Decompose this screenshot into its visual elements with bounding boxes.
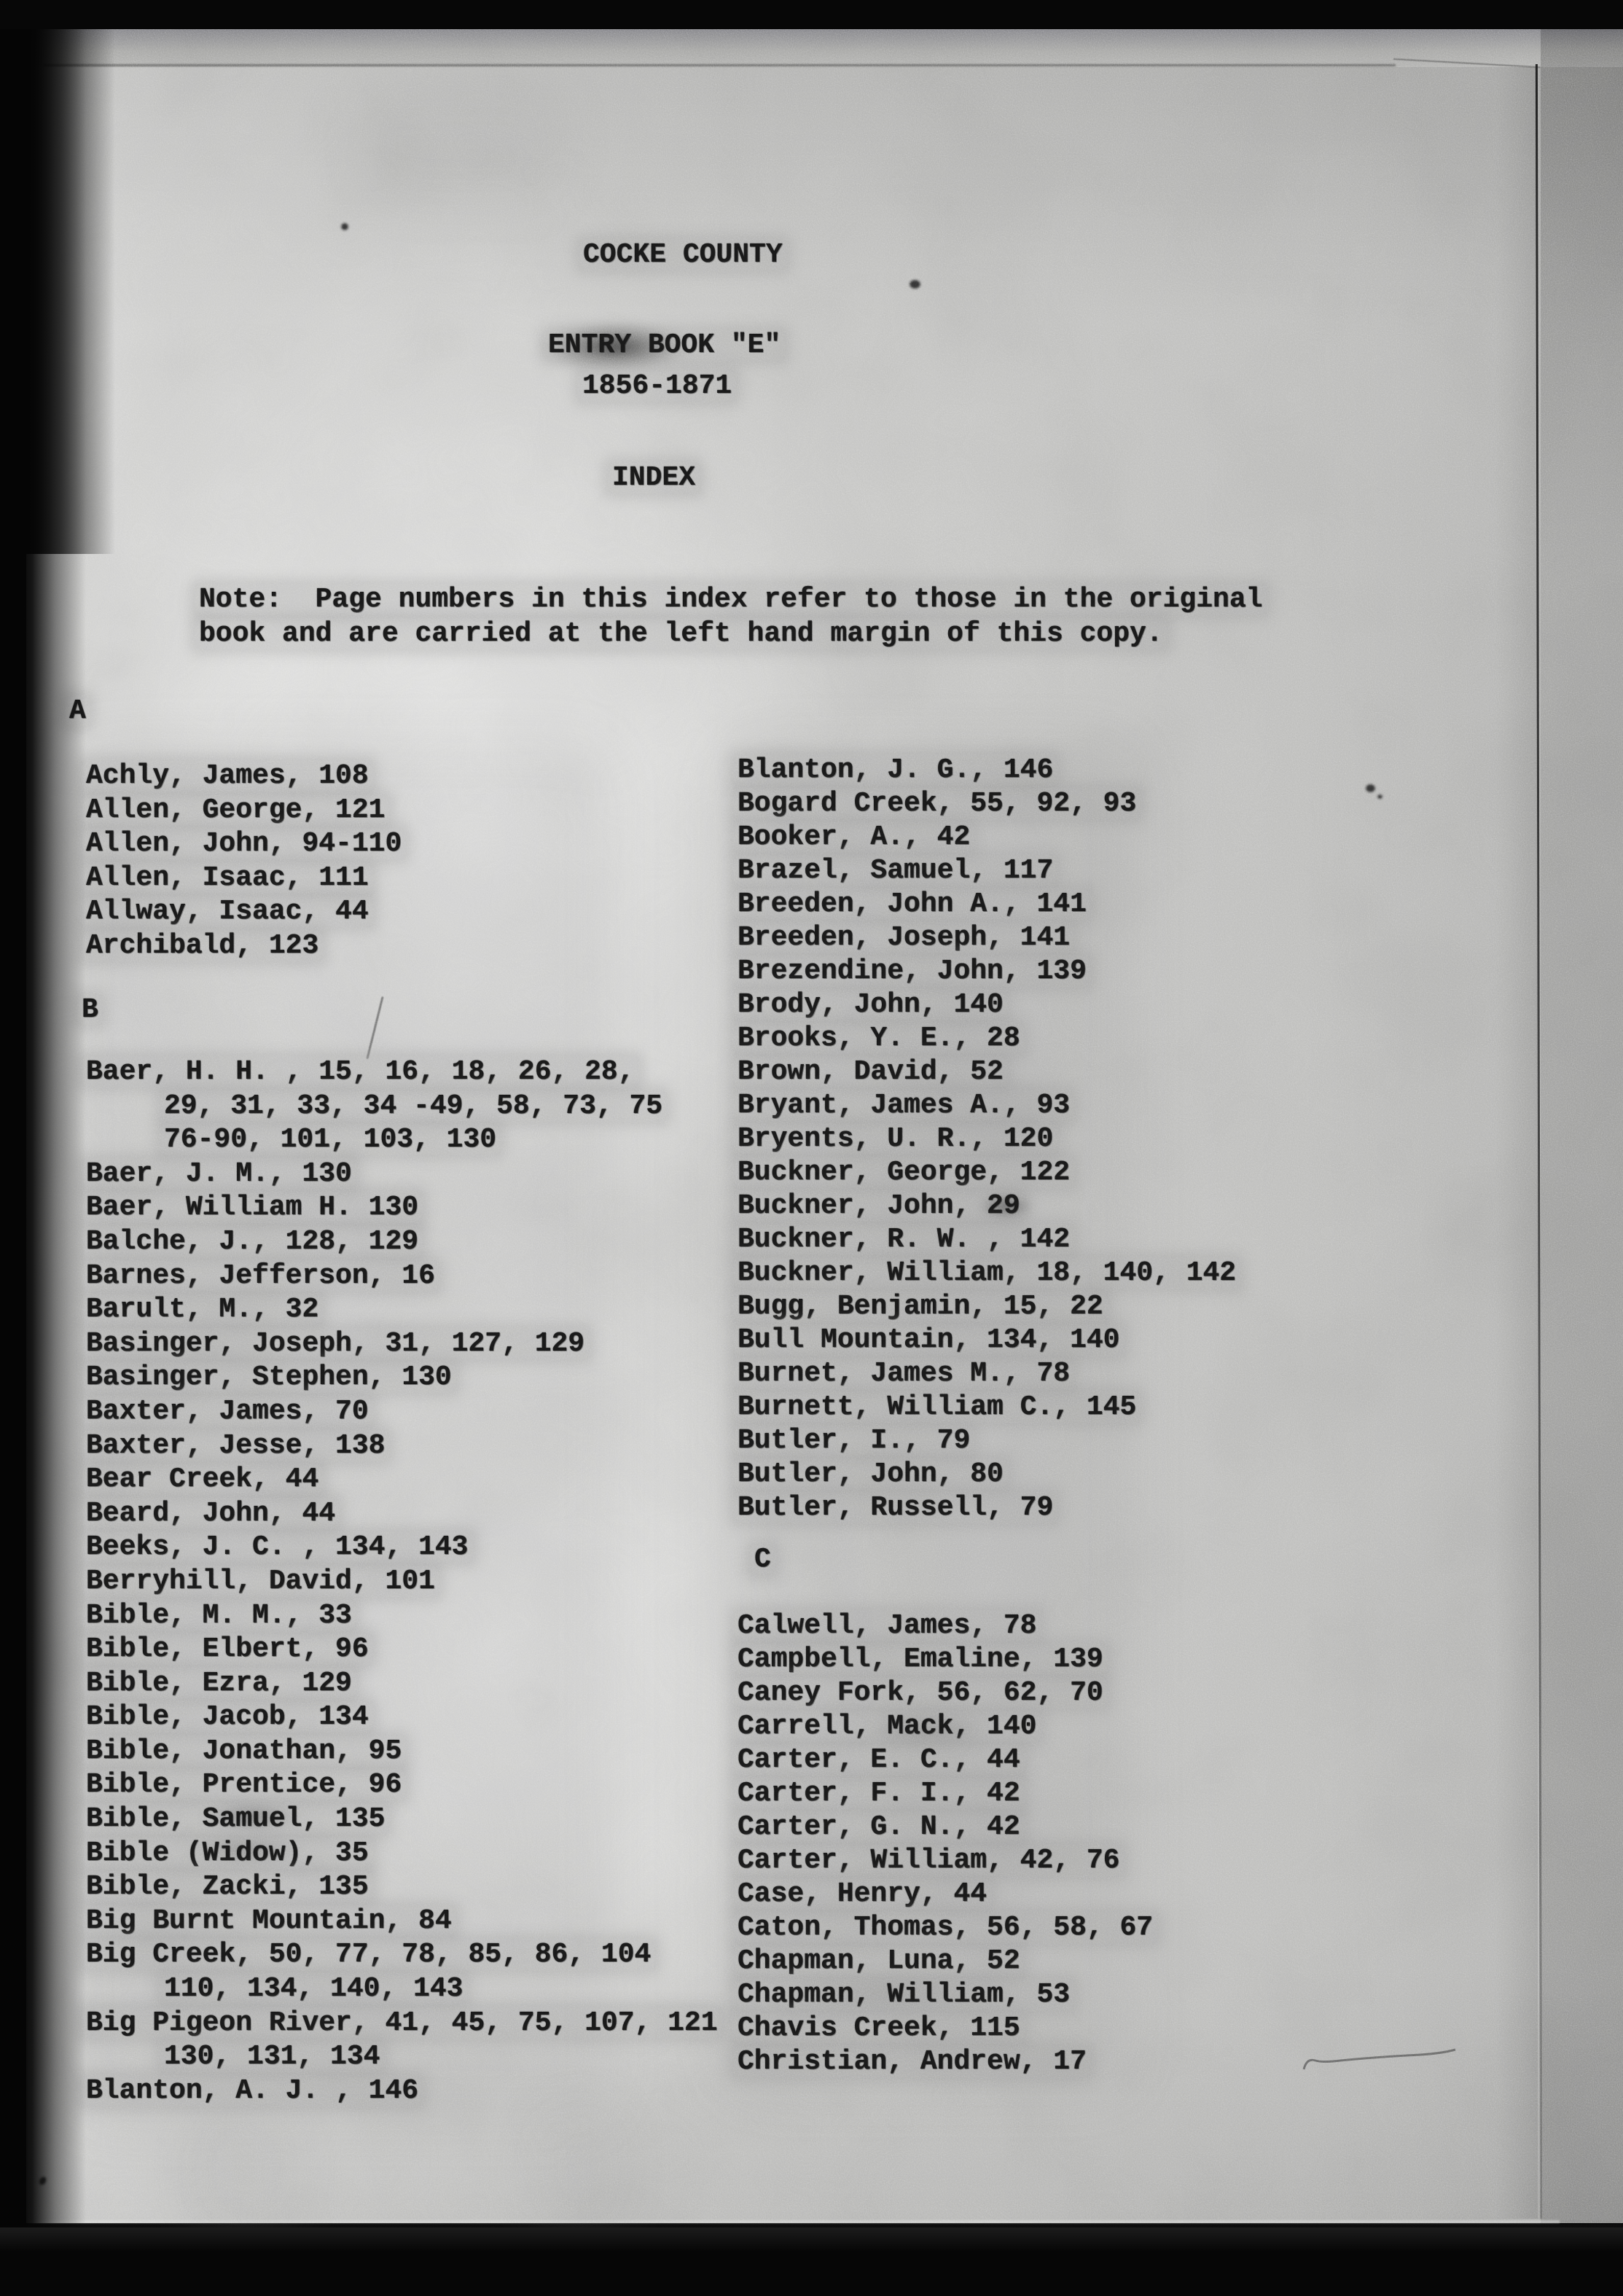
index-entry: Chavis Creek, 115 bbox=[738, 2012, 1153, 2045]
scan-edge-top bbox=[0, 0, 1623, 29]
index-heading: INDEX bbox=[608, 462, 700, 493]
photostat-scan: COCKE COUNTY ENTRY BOOK "E" 1856-1871 IN… bbox=[0, 0, 1623, 2296]
index-entry: Bible, Zacki, 135 bbox=[86, 1870, 718, 1905]
index-entry: Baer, H. H. , 15, 16, 18, 26, 28, bbox=[86, 1055, 718, 1090]
county-title: COCKE COUNTY bbox=[579, 239, 787, 270]
index-note: Note: Page numbers in this index refer t… bbox=[199, 582, 1262, 651]
right-column-section-c: Calwell, James, 78 Campbell, Emaline, 13… bbox=[738, 1609, 1153, 2079]
index-entry: Bugg, Benjamin, 15, 22 bbox=[738, 1290, 1236, 1324]
index-entry: Bear Creek, 44 bbox=[86, 1463, 718, 1497]
index-entry: Allway, Isaac, 44 bbox=[86, 895, 402, 929]
index-entry: Brooks, Y. E., 28 bbox=[738, 1022, 1236, 1055]
section-letter-c: C bbox=[754, 1544, 771, 1575]
index-entry-continuation: 76-90, 101, 103, 130 bbox=[86, 1123, 718, 1157]
index-entry: Basinger, Stephen, 130 bbox=[86, 1361, 718, 1395]
index-entry: Bible, Ezra, 129 bbox=[86, 1667, 718, 1701]
index-entry: Bible, M. M., 33 bbox=[86, 1599, 718, 1633]
index-entry: Breeden, Joseph, 141 bbox=[738, 921, 1236, 955]
index-entry: Bull Mountain, 134, 140 bbox=[738, 1324, 1236, 1357]
page-top-edge-line bbox=[44, 64, 1396, 66]
index-entry: Calwell, James, 78 bbox=[738, 1609, 1153, 1643]
index-entry: Buckner, John, 29 bbox=[738, 1190, 1236, 1223]
index-entry: Bible, Jacob, 134 bbox=[86, 1700, 718, 1735]
scan-edge-bottom bbox=[0, 2227, 1623, 2296]
index-entry: Brezendine, John, 139 bbox=[738, 955, 1236, 988]
index-entry: Butler, Russell, 79 bbox=[738, 1491, 1236, 1525]
index-entry: Balche, J., 128, 129 bbox=[86, 1225, 718, 1260]
index-entry: Allen, George, 121 bbox=[86, 794, 402, 828]
note-line: book and are carried at the left hand ma… bbox=[195, 618, 1168, 649]
index-entry: Butler, I., 79 bbox=[738, 1424, 1236, 1458]
book-title-line: ENTRY BOOK "E" bbox=[548, 329, 781, 361]
index-entry: Butler, John, 80 bbox=[738, 1458, 1236, 1491]
index-entry: Big Creek, 50, 77, 78, 85, 86, 104 bbox=[86, 1938, 718, 1972]
index-entry: Carter, William, 42, 76 bbox=[738, 1844, 1153, 1878]
left-column-section-b: Baer, H. H. , 15, 16, 18, 26, 28, 29, 31… bbox=[86, 1055, 718, 2108]
index-entry: Booker, A., 42 bbox=[738, 821, 1236, 854]
index-entry: Carter, F. I., 42 bbox=[738, 1777, 1153, 1811]
left-column-section-a: Achly, James, 108 Allen, George, 121 All… bbox=[86, 760, 402, 963]
index-entry: Barnes, Jefferson, 16 bbox=[86, 1260, 718, 1294]
index-entry: Blanton, J. G., 146 bbox=[738, 754, 1236, 787]
bottom-smudge-1 bbox=[182, 2099, 306, 2238]
index-entry: Barult, M., 32 bbox=[86, 1293, 718, 1327]
index-entry-continuation: 130, 131, 134 bbox=[86, 2040, 718, 2074]
index-entry: Big Pigeon River, 41, 45, 75, 107, 121 bbox=[86, 2007, 718, 2041]
page-top-margin bbox=[25, 29, 1623, 69]
paper-speck bbox=[1366, 784, 1375, 792]
index-entry: Bryents, U. R., 120 bbox=[738, 1122, 1236, 1156]
index-entry: Basinger, Joseph, 31, 127, 129 bbox=[86, 1327, 718, 1362]
index-entry: Beeks, J. C. , 134, 143 bbox=[86, 1531, 718, 1565]
index-entry: Buckner, George, 122 bbox=[738, 1156, 1236, 1190]
index-entry: Bible, Prentice, 96 bbox=[86, 1768, 718, 1803]
index-entry: Case, Henry, 44 bbox=[738, 1878, 1153, 1911]
note-line: Note: Page numbers in this index refer t… bbox=[195, 584, 1267, 615]
index-entry: Caney Fork, 56, 62, 70 bbox=[738, 1676, 1153, 1710]
index-entry: Bible, Jonathan, 95 bbox=[86, 1735, 718, 1769]
index-entry: Berryhill, David, 101 bbox=[86, 1565, 718, 1599]
index-entry: Archibald, 123 bbox=[86, 929, 402, 964]
index-entry: Carter, E. C., 44 bbox=[738, 1744, 1153, 1777]
index-entry: Bogard Creek, 55, 92, 93 bbox=[738, 787, 1236, 821]
index-entry: Brown, David, 52 bbox=[738, 1055, 1236, 1089]
index-entry-continuation: 29, 31, 33, 34 -49, 58, 73, 75 bbox=[86, 1090, 718, 1124]
scan-edge-left bbox=[0, 0, 117, 2296]
index-entry: Christian, Andrew, 17 bbox=[738, 2045, 1153, 2079]
index-entry: Beard, John, 44 bbox=[86, 1497, 718, 1531]
index-entry: Brody, John, 140 bbox=[738, 988, 1236, 1022]
book-years: 1856-1871 bbox=[578, 370, 736, 402]
page-title: COCKE COUNTY bbox=[583, 239, 783, 270]
paper-speck bbox=[341, 223, 348, 230]
fold-shadow bbox=[1495, 67, 1538, 2219]
index-entry: Campbell, Emaline, 139 bbox=[738, 1643, 1153, 1676]
book-years-line: 1856-1871 bbox=[582, 370, 732, 402]
index-entry: Bible, Elbert, 96 bbox=[86, 1633, 718, 1667]
index-entry: Blanton, A. J. , 146 bbox=[86, 2074, 718, 2109]
index-entry: Breeden, John A., 141 bbox=[738, 888, 1236, 921]
index-entry: Chapman, William, 53 bbox=[738, 1978, 1153, 2012]
index-entry: Buckner, William, 18, 140, 142 bbox=[738, 1257, 1236, 1290]
top-smudge bbox=[364, 80, 568, 204]
adjacent-page-strip bbox=[1541, 29, 1623, 2225]
index-entry: Baxter, Jesse, 138 bbox=[86, 1429, 718, 1464]
index-entry: Baxter, James, 70 bbox=[86, 1395, 718, 1429]
index-entry-continuation: 110, 134, 140, 143 bbox=[86, 1972, 718, 2007]
index-entry: Big Burnt Mountain, 84 bbox=[86, 1905, 718, 1939]
index-entry: Bible (Widow), 35 bbox=[86, 1837, 718, 1871]
index-entry: Allen, Isaac, 111 bbox=[86, 862, 402, 896]
index-entry: Bryant, James A., 93 bbox=[738, 1089, 1236, 1122]
index-entry: Caton, Thomas, 56, 58, 67 bbox=[738, 1911, 1153, 1945]
index-entry: Baer, J. M., 130 bbox=[86, 1157, 718, 1192]
index-entry: Brazel, Samuel, 117 bbox=[738, 854, 1236, 888]
index-heading-line: INDEX bbox=[612, 462, 695, 493]
index-entry: Allen, John, 94-110 bbox=[86, 827, 402, 862]
index-entry: Carrell, Mack, 140 bbox=[738, 1710, 1153, 1744]
index-entry: Bible, Samuel, 135 bbox=[86, 1803, 718, 1837]
right-column-section-b: Blanton, J. G., 146 Bogard Creek, 55, 92… bbox=[738, 754, 1236, 1525]
paper-speck bbox=[1377, 794, 1383, 799]
paper-speck bbox=[910, 280, 920, 289]
index-entry: Burnett, William C., 145 bbox=[738, 1391, 1236, 1424]
index-entry: Carter, G. N., 42 bbox=[738, 1811, 1153, 1844]
index-entry: Chapman, Luna, 52 bbox=[738, 1945, 1153, 1978]
index-entry: Achly, James, 108 bbox=[86, 760, 402, 794]
bottom-smudge-2 bbox=[525, 2099, 634, 2238]
pencil-scribble bbox=[1294, 2037, 1468, 2088]
index-entry: Buckner, R. W. , 142 bbox=[738, 1223, 1236, 1257]
index-entry: Baer, William H. 130 bbox=[86, 1191, 718, 1225]
book-title: ENTRY BOOK "E" bbox=[544, 329, 785, 361]
index-entry: Burnet, James M., 78 bbox=[738, 1357, 1236, 1391]
